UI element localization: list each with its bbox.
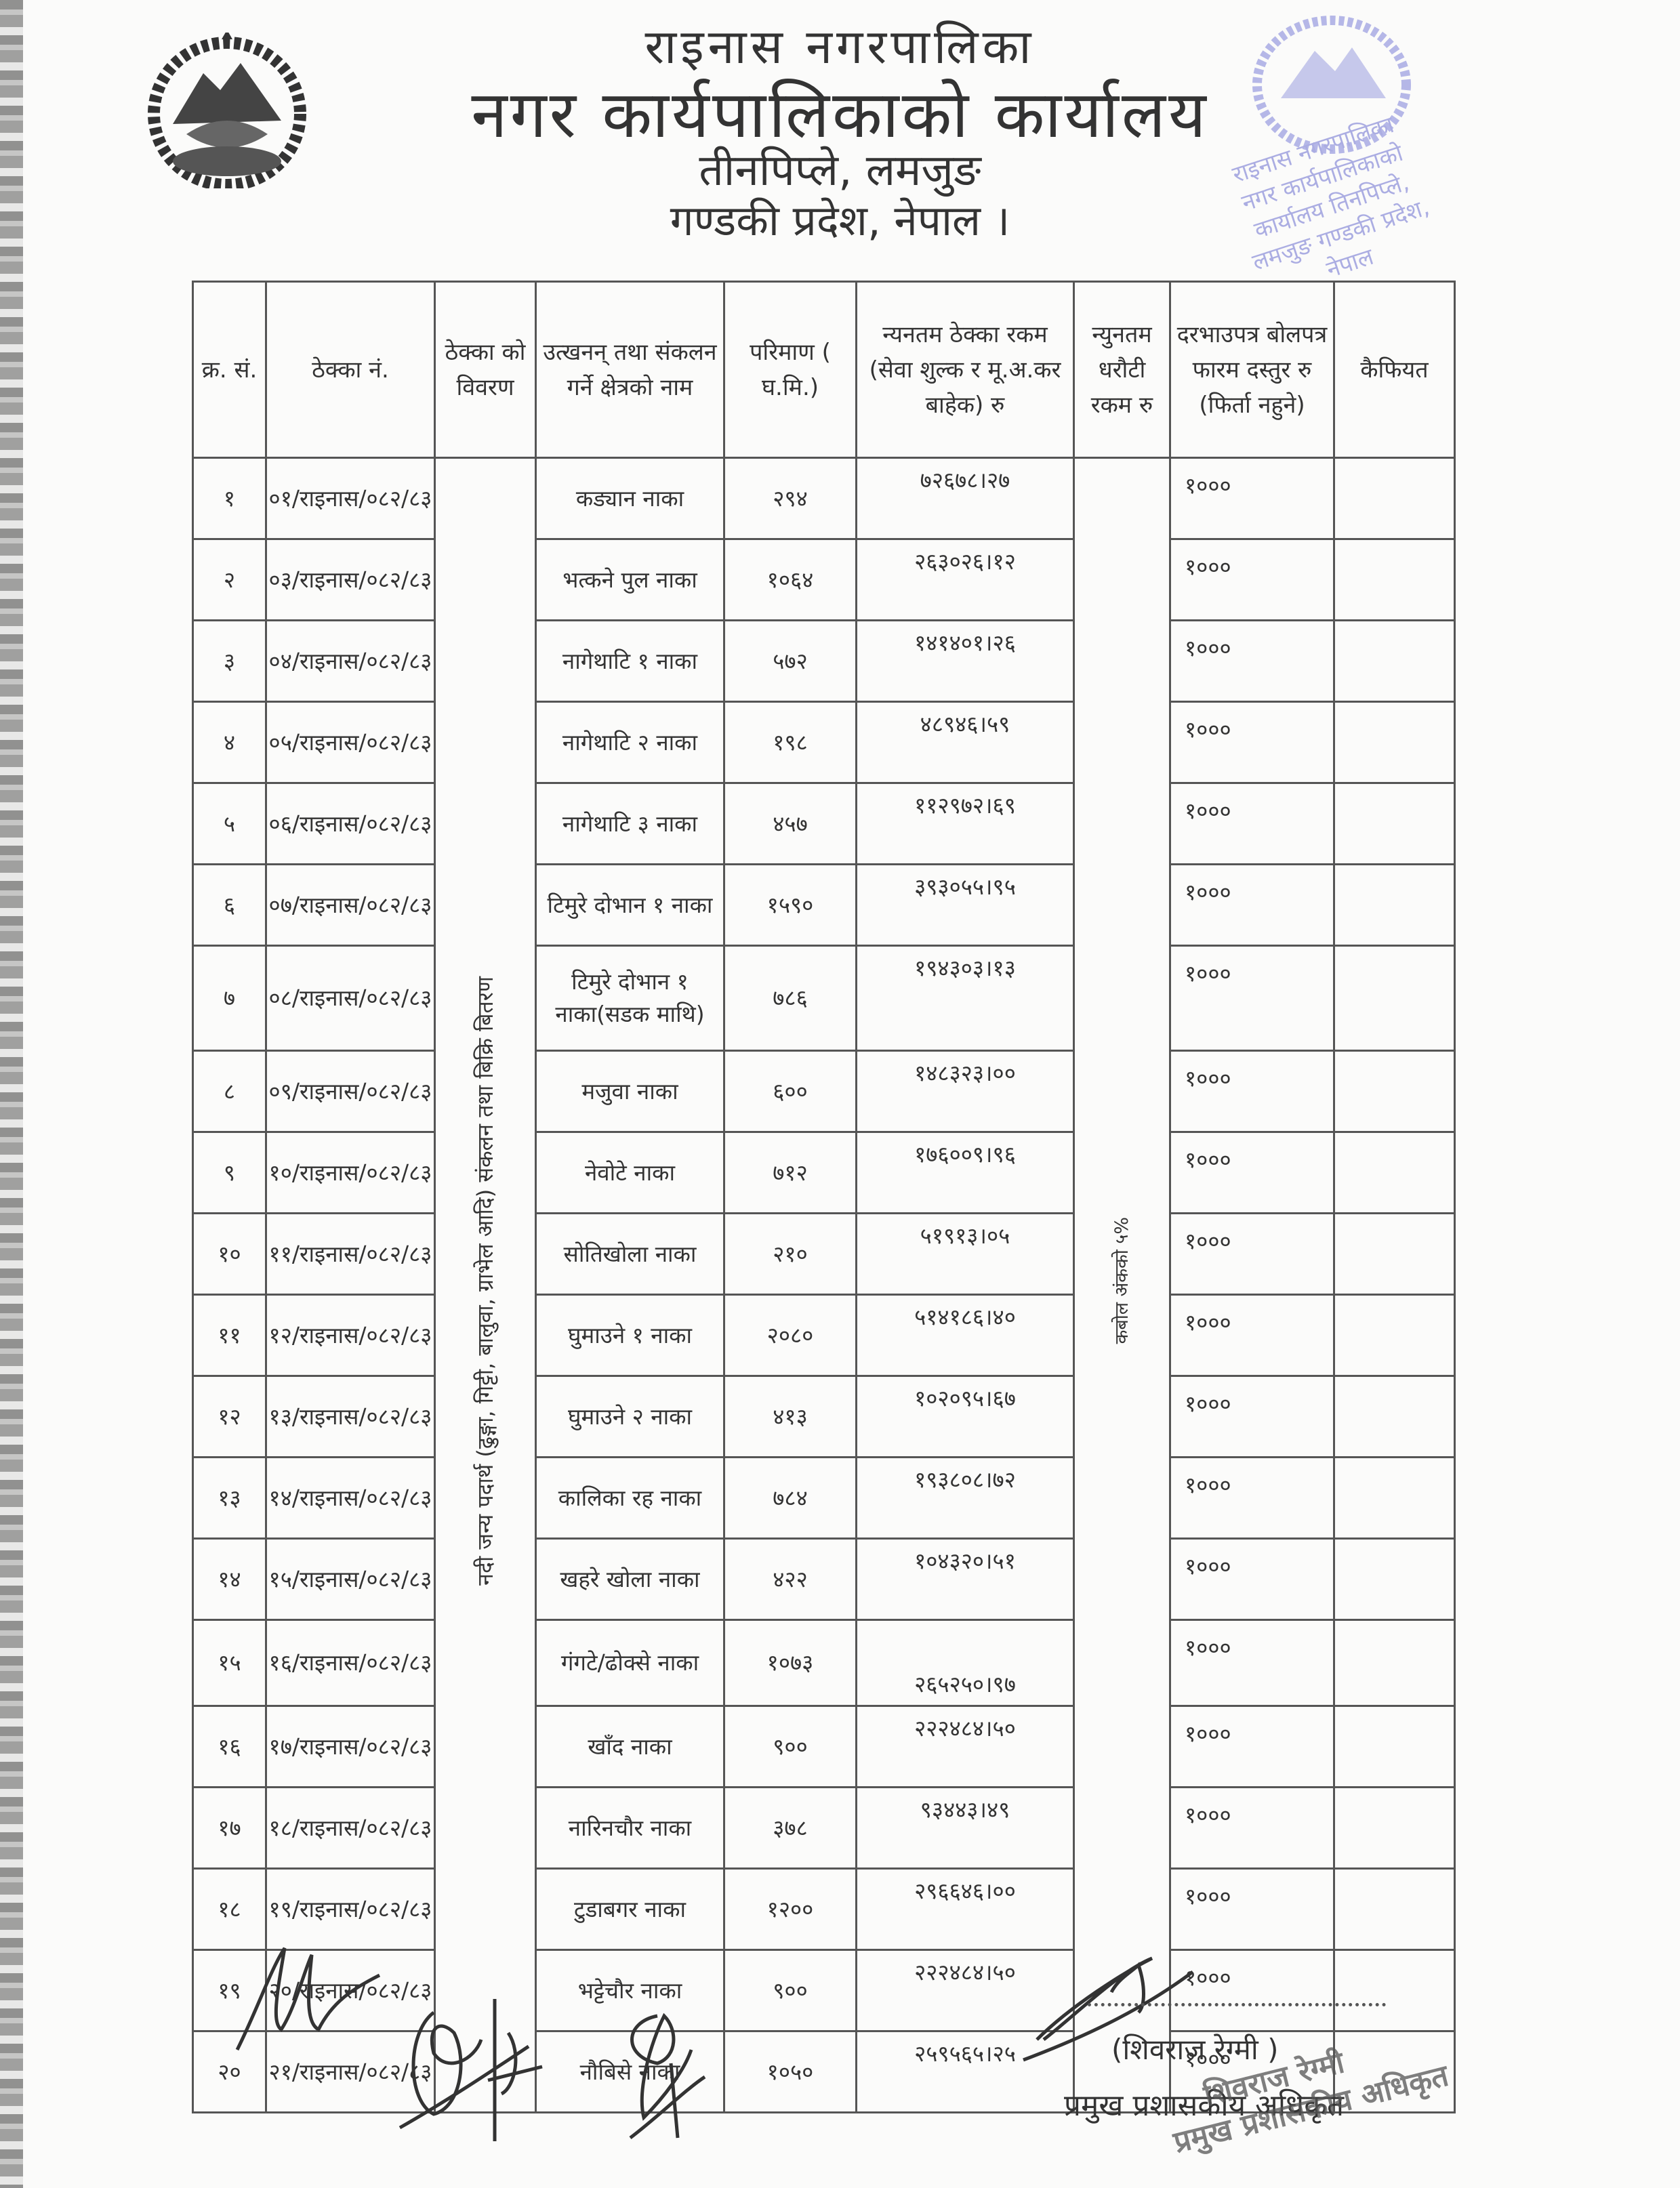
contract-no-cell: ०४/राइनास/०८२/८३: [266, 621, 435, 702]
col-serial: क्र. सं.: [193, 282, 266, 458]
form-fee-cell: १०००: [1170, 702, 1334, 783]
contract-description-text: नदी जन्य पदार्थ (ढुङ्गा, गिट्टी, बालुवा,…: [469, 976, 501, 1586]
area-name-cell: टिमुरे दोभान १ नाका: [536, 865, 724, 946]
col-area-name: उत्खनन् तथा संकलन गर्ने क्षेत्रको नाम: [536, 282, 724, 458]
min-amount-cell: २६५२५०।९७: [857, 1620, 1074, 1706]
min-amount-cell: ११२९७२।६९: [857, 783, 1074, 865]
quantity-cell: ५७२: [724, 621, 857, 702]
form-fee-cell: १०००: [1170, 621, 1334, 702]
quantity-cell: १०५०: [724, 2031, 857, 2113]
min-amount-cell: ५१४१८६।४०: [857, 1295, 1074, 1376]
serial-cell: ९: [193, 1132, 266, 1214]
serial-cell: १३: [193, 1458, 266, 1539]
quantity-cell: १५९०: [724, 865, 857, 946]
serial-cell: १०: [193, 1214, 266, 1295]
area-name-cell: नागेथाटि २ नाका: [536, 702, 724, 783]
area-name-cell: घुमाउने २ नाका: [536, 1376, 724, 1458]
table-row: १११२/राइनास/०८२/८३घुमाउने १ नाका२०८०५१४१…: [193, 1295, 1455, 1376]
area-name-cell: मजुवा नाका: [536, 1051, 724, 1132]
quantity-cell: ९००: [724, 1950, 857, 2031]
quantity-cell: १०७३: [724, 1620, 857, 1706]
serial-cell: १२: [193, 1376, 266, 1458]
remarks-cell: [1334, 621, 1455, 702]
serial-cell: ३: [193, 621, 266, 702]
table-row: १०११/राइनास/०८२/८३सोतिखोला नाका२१०५१९१३।…: [193, 1214, 1455, 1295]
quantity-cell: ७८६: [724, 946, 857, 1051]
area-name-cell: नारिनचौर नाका: [536, 1788, 724, 1869]
signature-3: [610, 2002, 712, 2145]
table-row: ३०४/राइनास/०८२/८३नागेथाटि १ नाका५७२१४१४०…: [193, 621, 1455, 702]
contract-no-cell: ०६/राइनास/०८२/८३: [266, 783, 435, 865]
form-fee-cell: १०००: [1170, 1706, 1334, 1788]
contract-no-cell: १२/राइनास/०८२/८३: [266, 1295, 435, 1376]
contract-no-cell: ०१/राइनास/०८२/८३: [266, 458, 435, 539]
remarks-cell: [1334, 1706, 1455, 1788]
serial-cell: ४: [193, 702, 266, 783]
remarks-cell: [1334, 1539, 1455, 1620]
form-fee-cell: १०००: [1170, 865, 1334, 946]
remarks-cell: [1334, 702, 1455, 783]
contract-no-cell: १४/राइनास/०८२/८३: [266, 1458, 435, 1539]
contract-no-cell: १०/राइनास/०८२/८३: [266, 1132, 435, 1214]
min-amount-cell: २९६६४६।००: [857, 1869, 1074, 1950]
quantity-cell: ४२२: [724, 1539, 857, 1620]
remarks-cell: [1334, 946, 1455, 1051]
contract-description-cell: नदी जन्य पदार्थ (ढुङ्गा, गिट्टी, बालुवा,…: [435, 458, 536, 2113]
col-remarks: कैफियत: [1334, 282, 1455, 458]
table-row: १७१८/राइनास/०८२/८३नारिनचौर नाका३७८९३४४३।…: [193, 1788, 1455, 1869]
remarks-cell: [1334, 1620, 1455, 1706]
form-fee-cell: १०००: [1170, 1788, 1334, 1869]
remarks-cell: [1334, 539, 1455, 621]
quantity-cell: ७१२: [724, 1132, 857, 1214]
form-fee-cell: १०००: [1170, 1295, 1334, 1376]
contract-no-cell: १७/राइनास/०८२/८३: [266, 1706, 435, 1788]
serial-cell: ६: [193, 865, 266, 946]
area-name-cell: घुमाउने १ नाका: [536, 1295, 724, 1376]
quantity-cell: २०८०: [724, 1295, 857, 1376]
min-amount-cell: ७२६७८।२७: [857, 458, 1074, 539]
col-min-deposit: न्युनतम धरौटी रकम रु: [1074, 282, 1170, 458]
quantity-cell: १२००: [724, 1869, 857, 1950]
area-name-cell: नेवोटे नाका: [536, 1132, 724, 1214]
area-name-cell: नागेथाटि ३ नाका: [536, 783, 724, 865]
min-amount-cell: १०२०९५।६७: [857, 1376, 1074, 1458]
signature-1: [230, 1928, 393, 2063]
col-contract-description: ठेक्का को विवरण: [435, 282, 536, 458]
quantity-cell: ७८४: [724, 1458, 857, 1539]
remarks-cell: [1334, 865, 1455, 946]
serial-cell: ५: [193, 783, 266, 865]
quantity-cell: १०६४: [724, 539, 857, 621]
form-fee-cell: १०००: [1170, 1539, 1334, 1620]
serial-cell: १: [193, 458, 266, 539]
quantity-cell: २९४: [724, 458, 857, 539]
serial-cell: २: [193, 539, 266, 621]
col-quantity: परिमाण ( घ.मि.): [724, 282, 857, 458]
col-min-amount: न्यनतम ठेक्का रकम (सेवा शुल्क र मू.अ.कर …: [857, 282, 1074, 458]
min-amount-cell: १४१४०१।२६: [857, 621, 1074, 702]
serial-cell: १७: [193, 1788, 266, 1869]
remarks-cell: [1334, 1132, 1455, 1214]
quantity-cell: ९००: [724, 1706, 857, 1788]
form-fee-cell: १०००: [1170, 1051, 1334, 1132]
quantity-cell: २१०: [724, 1214, 857, 1295]
area-name-cell: टिमुरे दोभान १ नाका(सडक माथि): [536, 946, 724, 1051]
officer-name: (शिवराज रेग्मी ): [1111, 2029, 1278, 2068]
form-fee-cell: १०००: [1170, 1620, 1334, 1706]
contract-no-cell: ०८/राइनास/०८२/८३: [266, 946, 435, 1051]
quantity-cell: ४५७: [724, 783, 857, 865]
table-row: ४०५/राइनास/०८२/८३नागेथाटि २ नाका१९८४८९४६…: [193, 702, 1455, 783]
form-fee-cell: १०००: [1170, 539, 1334, 621]
form-fee-cell: १०००: [1170, 1869, 1334, 1950]
contract-no-cell: ०७/राइनास/०८२/८३: [266, 865, 435, 946]
form-fee-cell: १०००: [1170, 1376, 1334, 1458]
serial-cell: १४: [193, 1539, 266, 1620]
quantity-cell: ४१३: [724, 1376, 857, 1458]
area-name-cell: सोतिखोला नाका: [536, 1214, 724, 1295]
table-row: ७०८/राइनास/०८२/८३टिमुरे दोभान १ नाका(सडक…: [193, 946, 1455, 1051]
quantity-cell: ६००: [724, 1051, 857, 1132]
contract-no-cell: ०३/राइनास/०८२/८३: [266, 539, 435, 621]
table-row: ५०६/राइनास/०८२/८३नागेथाटि ३ नाका४५७११२९७…: [193, 783, 1455, 865]
col-contract-no: ठेक्का नं.: [266, 282, 435, 458]
contract-no-cell: १८/राइनास/०८२/८३: [266, 1788, 435, 1869]
contract-no-cell: ०५/राइनास/०८२/८३: [266, 702, 435, 783]
serial-cell: १५: [193, 1620, 266, 1706]
table-row: ६०७/राइनास/०८२/८३टिमुरे दोभान १ नाका१५९०…: [193, 865, 1455, 946]
min-amount-cell: १९४३०३।१३: [857, 946, 1074, 1051]
form-fee-cell: १०००: [1170, 1214, 1334, 1295]
min-amount-cell: ४८९४६।५९: [857, 702, 1074, 783]
contract-no-cell: ०९/राइनास/०८२/८३: [266, 1051, 435, 1132]
form-fee-cell: १०००: [1170, 946, 1334, 1051]
min-amount-cell: १७६००९।९६: [857, 1132, 1074, 1214]
min-amount-cell: ९३४४३।४९: [857, 1788, 1074, 1869]
signature-2: [393, 1992, 569, 2148]
remarks-cell: [1334, 458, 1455, 539]
col-form-fee: दरभाउपत्र बोलपत्र फारम दस्तुर रु (फिर्ता…: [1170, 282, 1334, 458]
min-amount-cell: १९३८०८।७२: [857, 1458, 1074, 1539]
table-row: ९१०/राइनास/०८२/८३नेवोटे नाका७१२१७६००९।९६…: [193, 1132, 1455, 1214]
contract-no-cell: १३/राइनास/०८२/८३: [266, 1376, 435, 1458]
table-row: ८०९/राइनास/०८२/८३मजुवा नाका६००१४८३२३।००१…: [193, 1051, 1455, 1132]
form-fee-cell: १०००: [1170, 783, 1334, 865]
area-name-cell: भत्कने पुल नाका: [536, 539, 724, 621]
table-row: १३१४/राइनास/०८२/८३कालिका रह नाका७८४१९३८०…: [193, 1458, 1455, 1539]
form-fee-cell: १०००: [1170, 1458, 1334, 1539]
remarks-cell: [1334, 1214, 1455, 1295]
remarks-cell: [1334, 1458, 1455, 1539]
min-amount-cell: ३९३०५५।९५: [857, 865, 1074, 946]
table-row: २०३/राइनास/०८२/८३भत्कने पुल नाका१०६४२६३०…: [193, 539, 1455, 621]
table-body: १०१/राइनास/०८२/८३नदी जन्य पदार्थ (ढुङ्गा…: [193, 458, 1455, 2113]
area-name-cell: नागेथाटि १ नाका: [536, 621, 724, 702]
min-amount-cell: १४८३२३।००: [857, 1051, 1074, 1132]
area-name-cell: गंगटे/ढोक्से नाका: [536, 1620, 724, 1706]
serial-cell: ८: [193, 1051, 266, 1132]
serial-cell: १६: [193, 1706, 266, 1788]
remarks-cell: [1334, 1376, 1455, 1458]
quantity-cell: १९८: [724, 702, 857, 783]
area-name-cell: टुडाबगर नाका: [536, 1869, 724, 1950]
area-name-cell: कड्यान नाका: [536, 458, 724, 539]
table-row: १६१७/राइनास/०८२/८३खाँद नाका९००२२२४८४।५०१…: [193, 1706, 1455, 1788]
min-amount-cell: २६३०२६।१२: [857, 539, 1074, 621]
table-row: १०१/राइनास/०८२/८३नदी जन्य पदार्थ (ढुङ्गा…: [193, 458, 1455, 539]
min-amount-cell: २२२४८४।५०: [857, 1706, 1074, 1788]
min-amount-cell: ५१९१३।०५: [857, 1214, 1074, 1295]
area-name-cell: कालिका रह नाका: [536, 1458, 724, 1539]
contract-no-cell: १५/राइनास/०८२/८३: [266, 1539, 435, 1620]
quantity-cell: ३७८: [724, 1788, 857, 1869]
serial-cell: ७: [193, 946, 266, 1051]
bid-notice-table: क्र. सं. ठेक्का नं. ठेक्का को विवरण उत्ख…: [192, 281, 1456, 2113]
scan-edge-shadow: [0, 0, 23, 2188]
remarks-cell: [1334, 1788, 1455, 1869]
form-fee-cell: १०००: [1170, 1132, 1334, 1214]
remarks-cell: [1334, 783, 1455, 865]
remarks-cell: [1334, 1295, 1455, 1376]
table-row: १५१६/राइनास/०८२/८३गंगटे/ढोक्से नाका१०७३२…: [193, 1620, 1455, 1706]
table-row: १२१३/राइनास/०८२/८३घुमाउने २ नाका४१३१०२०९…: [193, 1376, 1455, 1458]
remarks-cell: [1334, 1950, 1455, 2031]
min-amount-cell: १०४३२०।५१: [857, 1539, 1074, 1620]
remarks-cell: [1334, 1051, 1455, 1132]
serial-cell: ११: [193, 1295, 266, 1376]
office-seal-stamp: राइनास नगरपालिका नगर कार्यपालिकाको कार्य…: [1233, 10, 1430, 274]
form-fee-cell: १०००: [1170, 458, 1334, 539]
area-name-cell: खाँद नाका: [536, 1706, 724, 1788]
contract-no-cell: ११/राइनास/०८२/८३: [266, 1214, 435, 1295]
min-deposit-cell: कबोल अंकको ५%: [1074, 458, 1170, 2113]
table-header-row: क्र. सं. ठेक्का नं. ठेक्का को विवरण उत्ख…: [193, 282, 1455, 458]
deposit-note-text: कबोल अंकको ५%: [1106, 1217, 1139, 1344]
signature-line: [1088, 2003, 1386, 2006]
contract-no-cell: १६/राइनास/०८२/८३: [266, 1620, 435, 1706]
table-row: १४१५/राइनास/०८२/८३खहरे खोला नाका४२२१०४३२…: [193, 1539, 1455, 1620]
remarks-cell: [1334, 1869, 1455, 1950]
area-name-cell: खहरे खोला नाका: [536, 1539, 724, 1620]
